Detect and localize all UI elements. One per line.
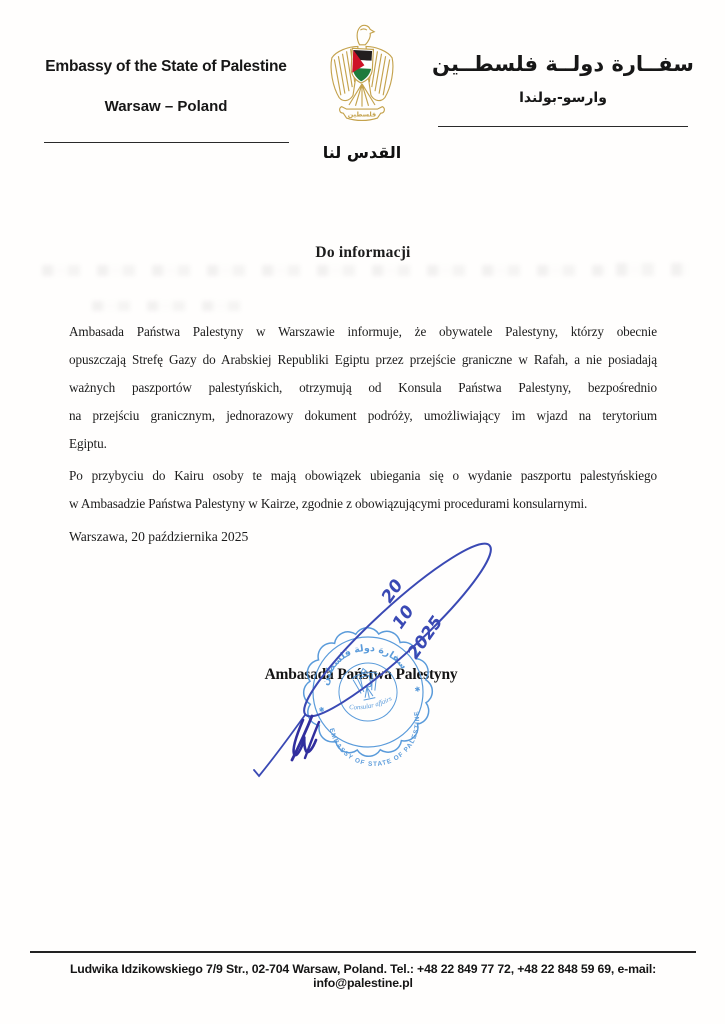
stamp-middle-text: Consular affairs xyxy=(347,695,394,715)
paragraph-2-last-line: w Ambasadzie Państwa Palestyny w Kairze,… xyxy=(69,490,657,518)
embassy-location-arabic: وارسو-بولندا xyxy=(428,90,698,106)
embassy-name-arabic: سفــارة دولــة فلسطــين xyxy=(428,52,698,76)
paragraph-1-last-line: Egiptu. xyxy=(69,430,657,458)
footer-contact-info: Ludwika Idzikowskiego 7/9 Str., 02-704 W… xyxy=(30,962,696,990)
header-left-block: Embassy of the State of Palestine Warsaw… xyxy=(40,58,292,143)
stamp-star-right: ✱ xyxy=(414,685,422,694)
header-right-rule xyxy=(438,126,688,127)
palestine-eagle-emblem-icon: فلسطين xyxy=(320,22,404,140)
pen-oval-stroke xyxy=(254,540,505,776)
stamp-english-text: EMBASSY OF STATE OF PALESTINE xyxy=(328,710,430,777)
letter-body: Do informacji Ambasada Państwa Palestyny… xyxy=(69,244,657,551)
emblem-banner-text: فلسطين xyxy=(348,110,376,118)
paragraph-1-justified-lines: Ambasada Państwa Palestyny w Warszawie i… xyxy=(69,318,657,430)
header-left-rule xyxy=(44,142,289,143)
paragraph-2-justified-lines: Po przybyciu do Kairu osoby te mają obow… xyxy=(69,462,657,490)
emblem-block: فلسطين القدس لنا xyxy=(314,22,410,162)
footer-rule xyxy=(30,951,696,953)
emblem-motto: القدس لنا xyxy=(314,143,410,162)
signature-scribble xyxy=(292,716,319,760)
embassy-name-english: Embassy of the State of Palestine xyxy=(40,58,292,76)
paragraph-2: Po przybyciu do Kairu osoby te mają obow… xyxy=(69,462,657,518)
letter-page: Embassy of the State of Palestine Warsaw… xyxy=(0,0,725,1024)
paragraph-1: Ambasada Państwa Palestyny w Warszawie i… xyxy=(69,318,657,458)
stamp-and-signature-overlay: سفارة دولة فلسطين EMBASSY OF STATE OF PA… xyxy=(220,540,540,806)
stamp-eagle-icon xyxy=(350,666,382,702)
embassy-location-english: Warsaw – Poland xyxy=(40,98,292,115)
header-right-block: سفــارة دولــة فلسطــين وارسو-بولندا xyxy=(428,52,698,127)
document-title: Do informacji xyxy=(69,244,657,262)
